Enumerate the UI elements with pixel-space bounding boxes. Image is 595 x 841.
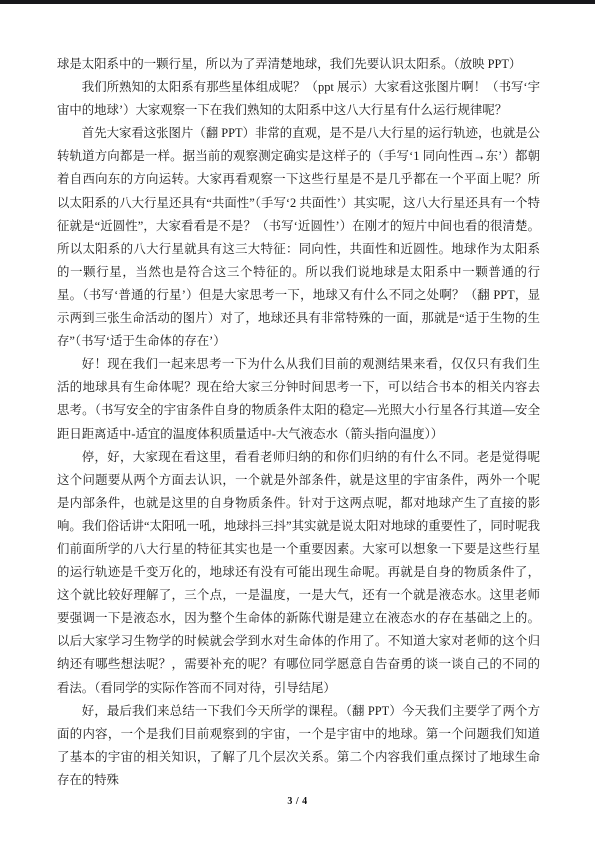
paragraph: 好！现在我们一起来思考一下为什么从我们目前的观测结果来看，仅仅只有我们生活的地球…	[57, 353, 540, 445]
paragraph: 好，最后我们来总结一下我们今天所学的课程。（翻 PPT）今天我们主要学了两个方面…	[57, 700, 540, 792]
paragraph: 球是太阳系中的一颗行星，所以为了弄清楚地球，我们先要认识太阳系。（放映 PPT）	[57, 53, 540, 76]
document-page: 球是太阳系中的一颗行星，所以为了弄清楚地球，我们先要认识太阳系。（放映 PPT）…	[0, 4, 595, 807]
paragraph: 我们所熟知的太阳系有那些星体组成呢？（ppt 展示）大家看这张图片啊！（书写‘宇…	[57, 76, 540, 122]
document-body: 球是太阳系中的一颗行星，所以为了弄清楚地球，我们先要认识太阳系。（放映 PPT）…	[0, 4, 595, 792]
page-number: 3 / 4	[0, 796, 595, 807]
paragraph: 停，好，大家现在看这里，看看老师归纳的和你们归纳的有什么不同。老是觉得呢这个问题…	[57, 446, 540, 700]
paragraph: 首先大家看这张图片（翻 PPT）非常的直观，是不是八大行星的运行轨迹，也就是公转…	[57, 122, 540, 353]
